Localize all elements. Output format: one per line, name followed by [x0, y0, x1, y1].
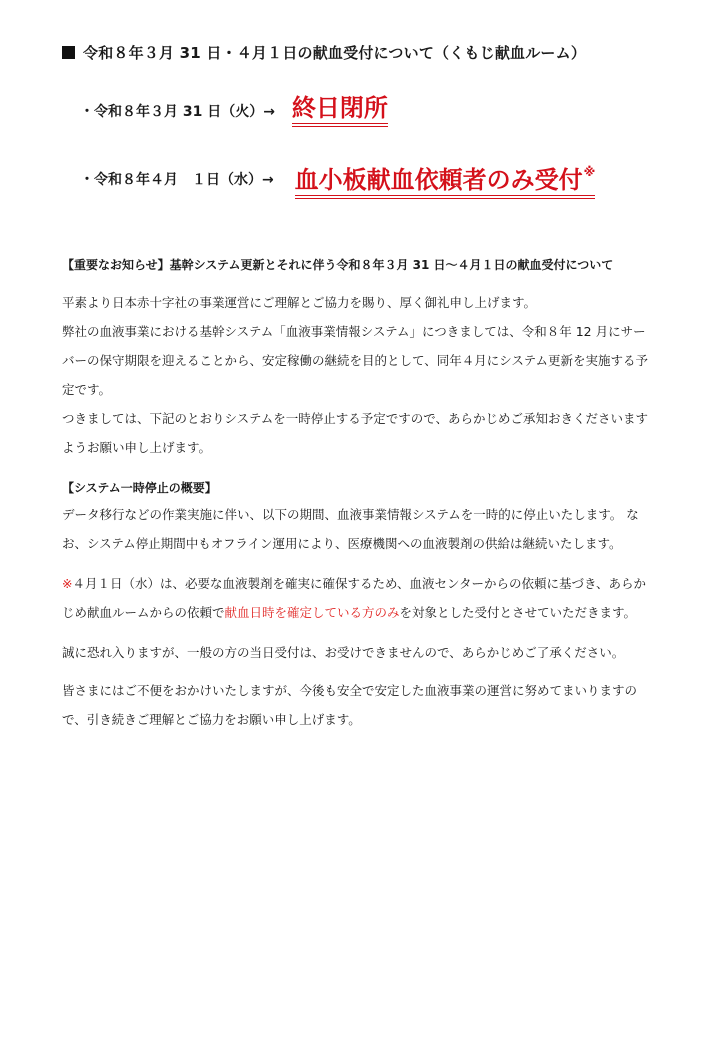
square-bullet-icon — [62, 46, 75, 59]
text-line: ようお願い申し上げます。 — [62, 433, 662, 462]
overview-paragraph: データ移行などの作業実施に伴い、以下の期間、血液事業情報システムを一時的に停止い… — [62, 500, 662, 558]
schedule-row-apr1: ・令和８年４月 １日（水）→ 血小板献血依頼者のみ受付※ — [80, 158, 595, 199]
text-line: 弊社の血液事業における基幹システム「血液事業情報システム」につきましては、令和８… — [62, 317, 662, 346]
footnote-mark: ※ — [62, 576, 72, 591]
text-line: 定です。 — [62, 375, 662, 404]
highlight-text: 献血日時を確定している方のみ — [225, 605, 400, 620]
schedule-row-mar31: ・令和８年３月 31 日（火）→ 終日閉所 — [80, 94, 388, 127]
intro-paragraph: 平素より日本赤十字社の事業運営にご理解とご協力を賜り、厚く御礼申し上げます。 弊… — [62, 288, 662, 462]
text-line: 誠に恐れ入りますが、一般の方の当日受付は、お受けできませんので、あらかじめご了承… — [62, 638, 662, 667]
notice-title: 【重要なお知らせ】基幹システム更新とそれに伴う令和８年３月 31 日～４月１日の… — [62, 256, 613, 273]
closing-paragraph: 皆さまにはご不便をおかけいたしますが、今後も安全で安定した血液事業の運営に努めて… — [62, 676, 662, 734]
text-line: で、引き続きご理解とご協力をお願い申し上げます。 — [62, 705, 662, 734]
page-title: 令和８年３月 31 日・４月１日の献血受付について（くもじ献血ルーム） — [62, 42, 586, 63]
text-line: データ移行などの作業実施に伴い、以下の期間、血液事業情報システムを一時的に停止い… — [62, 500, 662, 529]
schedule-status: 終日閉所 — [292, 94, 388, 127]
schedule-date: ・令和８年３月 31 日（火）→ — [80, 101, 275, 121]
text-line: ※４月１日（水）は、必要な血液製剤を確実に確保するため、血液センターからの依頼に… — [62, 569, 662, 598]
text-line: じめ献血ルームからの依頼で献血日時を確定している方のみを対象とした受付とさせてい… — [62, 598, 662, 627]
apology-paragraph: 誠に恐れ入りますが、一般の方の当日受付は、お受けできませんので、あらかじめご了承… — [62, 638, 662, 667]
schedule-date: ・令和８年４月 １日（水）→ — [80, 169, 274, 189]
section-title: 【システム一時停止の概要】 — [62, 479, 217, 496]
footnote-paragraph: ※４月１日（水）は、必要な血液製剤を確実に確保するため、血液センターからの依頼に… — [62, 569, 662, 627]
text-line: バーの保守期限を迎えることから、安定稼働の継続を目的として、同年４月にシステム更… — [62, 346, 662, 375]
text-line: 平素より日本赤十字社の事業運営にご理解とご協力を賜り、厚く御礼申し上げます。 — [62, 288, 662, 317]
footnote-mark: ※ — [584, 165, 596, 179]
text-line: 皆さまにはご不便をおかけいたしますが、今後も安全で安定した血液事業の運営に努めて… — [62, 676, 662, 705]
text-line: つきましては、下記のとおりシステムを一時停止する予定ですので、あらかじめご承知お… — [62, 404, 662, 433]
schedule-status: 血小板献血依頼者のみ受付※ — [295, 158, 596, 199]
page-title-text: 令和８年３月 31 日・４月１日の献血受付について（くもじ献血ルーム） — [83, 44, 586, 62]
text-line: お、システム停止期間中もオフライン運用により、医療機関への血液製剤の供給は継続い… — [62, 529, 662, 558]
